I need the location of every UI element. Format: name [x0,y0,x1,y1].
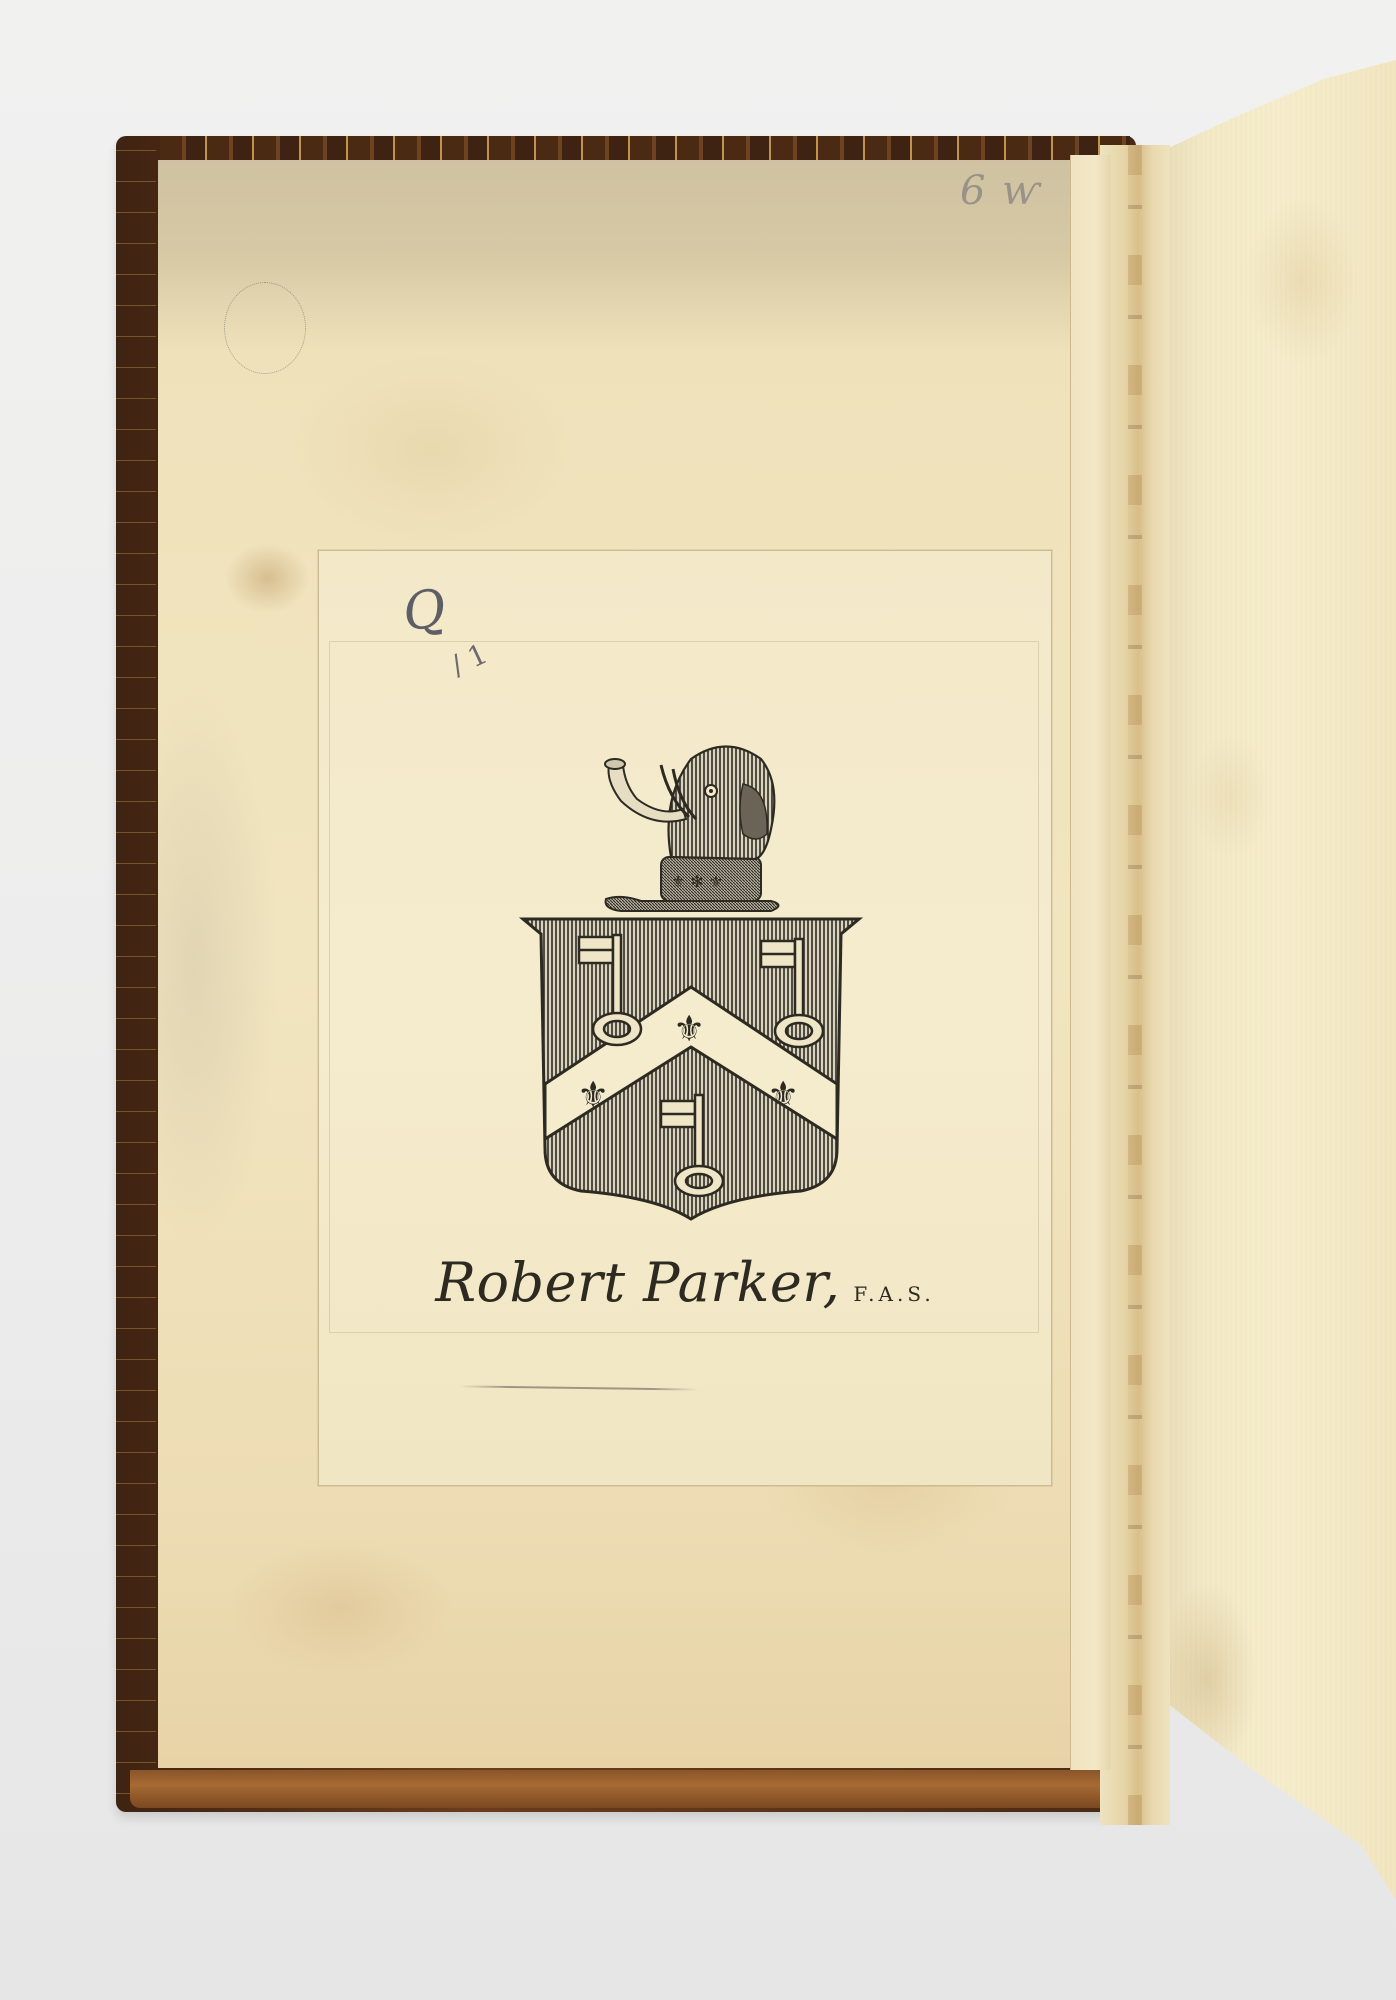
pencil-shelfmark: Q [399,578,450,643]
owner-title: F.A.S. [853,1282,934,1306]
book-photo: 6 ⱳ Q / 1 ⚜ ✻ ⚜ [0,0,1396,2000]
shield-icon: ⚜ ⚜ ⚜ [523,919,859,1219]
bookplate-owner: Robert Parker, F.A.S. [319,1251,1051,1314]
board-top-edge [160,136,1130,160]
pencil-note-top-right: 6 ⱳ [960,168,1042,214]
coat-of-arms-icon: ⚜ ✻ ⚜ ⚜ ⚜ ⚜ [511,729,871,1229]
svg-text:⚜: ⚜ [767,1075,799,1116]
bookplate: Q / 1 ⚜ ✻ ⚜ [318,550,1052,1486]
owner-name: Robert Parker, [435,1251,840,1314]
engraved-rule [459,1385,699,1390]
svg-text:⚜ ✻ ⚜: ⚜ ✻ ⚜ [671,872,723,891]
pencil-circle-mark [224,282,306,374]
elephant-crest-icon: ⚜ ✻ ⚜ [605,747,779,912]
svg-text:⚜: ⚜ [673,1009,705,1050]
svg-text:⚜: ⚜ [577,1075,609,1116]
right-page-leaf [1160,60,1396,1900]
board-bottom-edge [130,1770,1135,1808]
paper-turn-in [1070,155,1111,1770]
